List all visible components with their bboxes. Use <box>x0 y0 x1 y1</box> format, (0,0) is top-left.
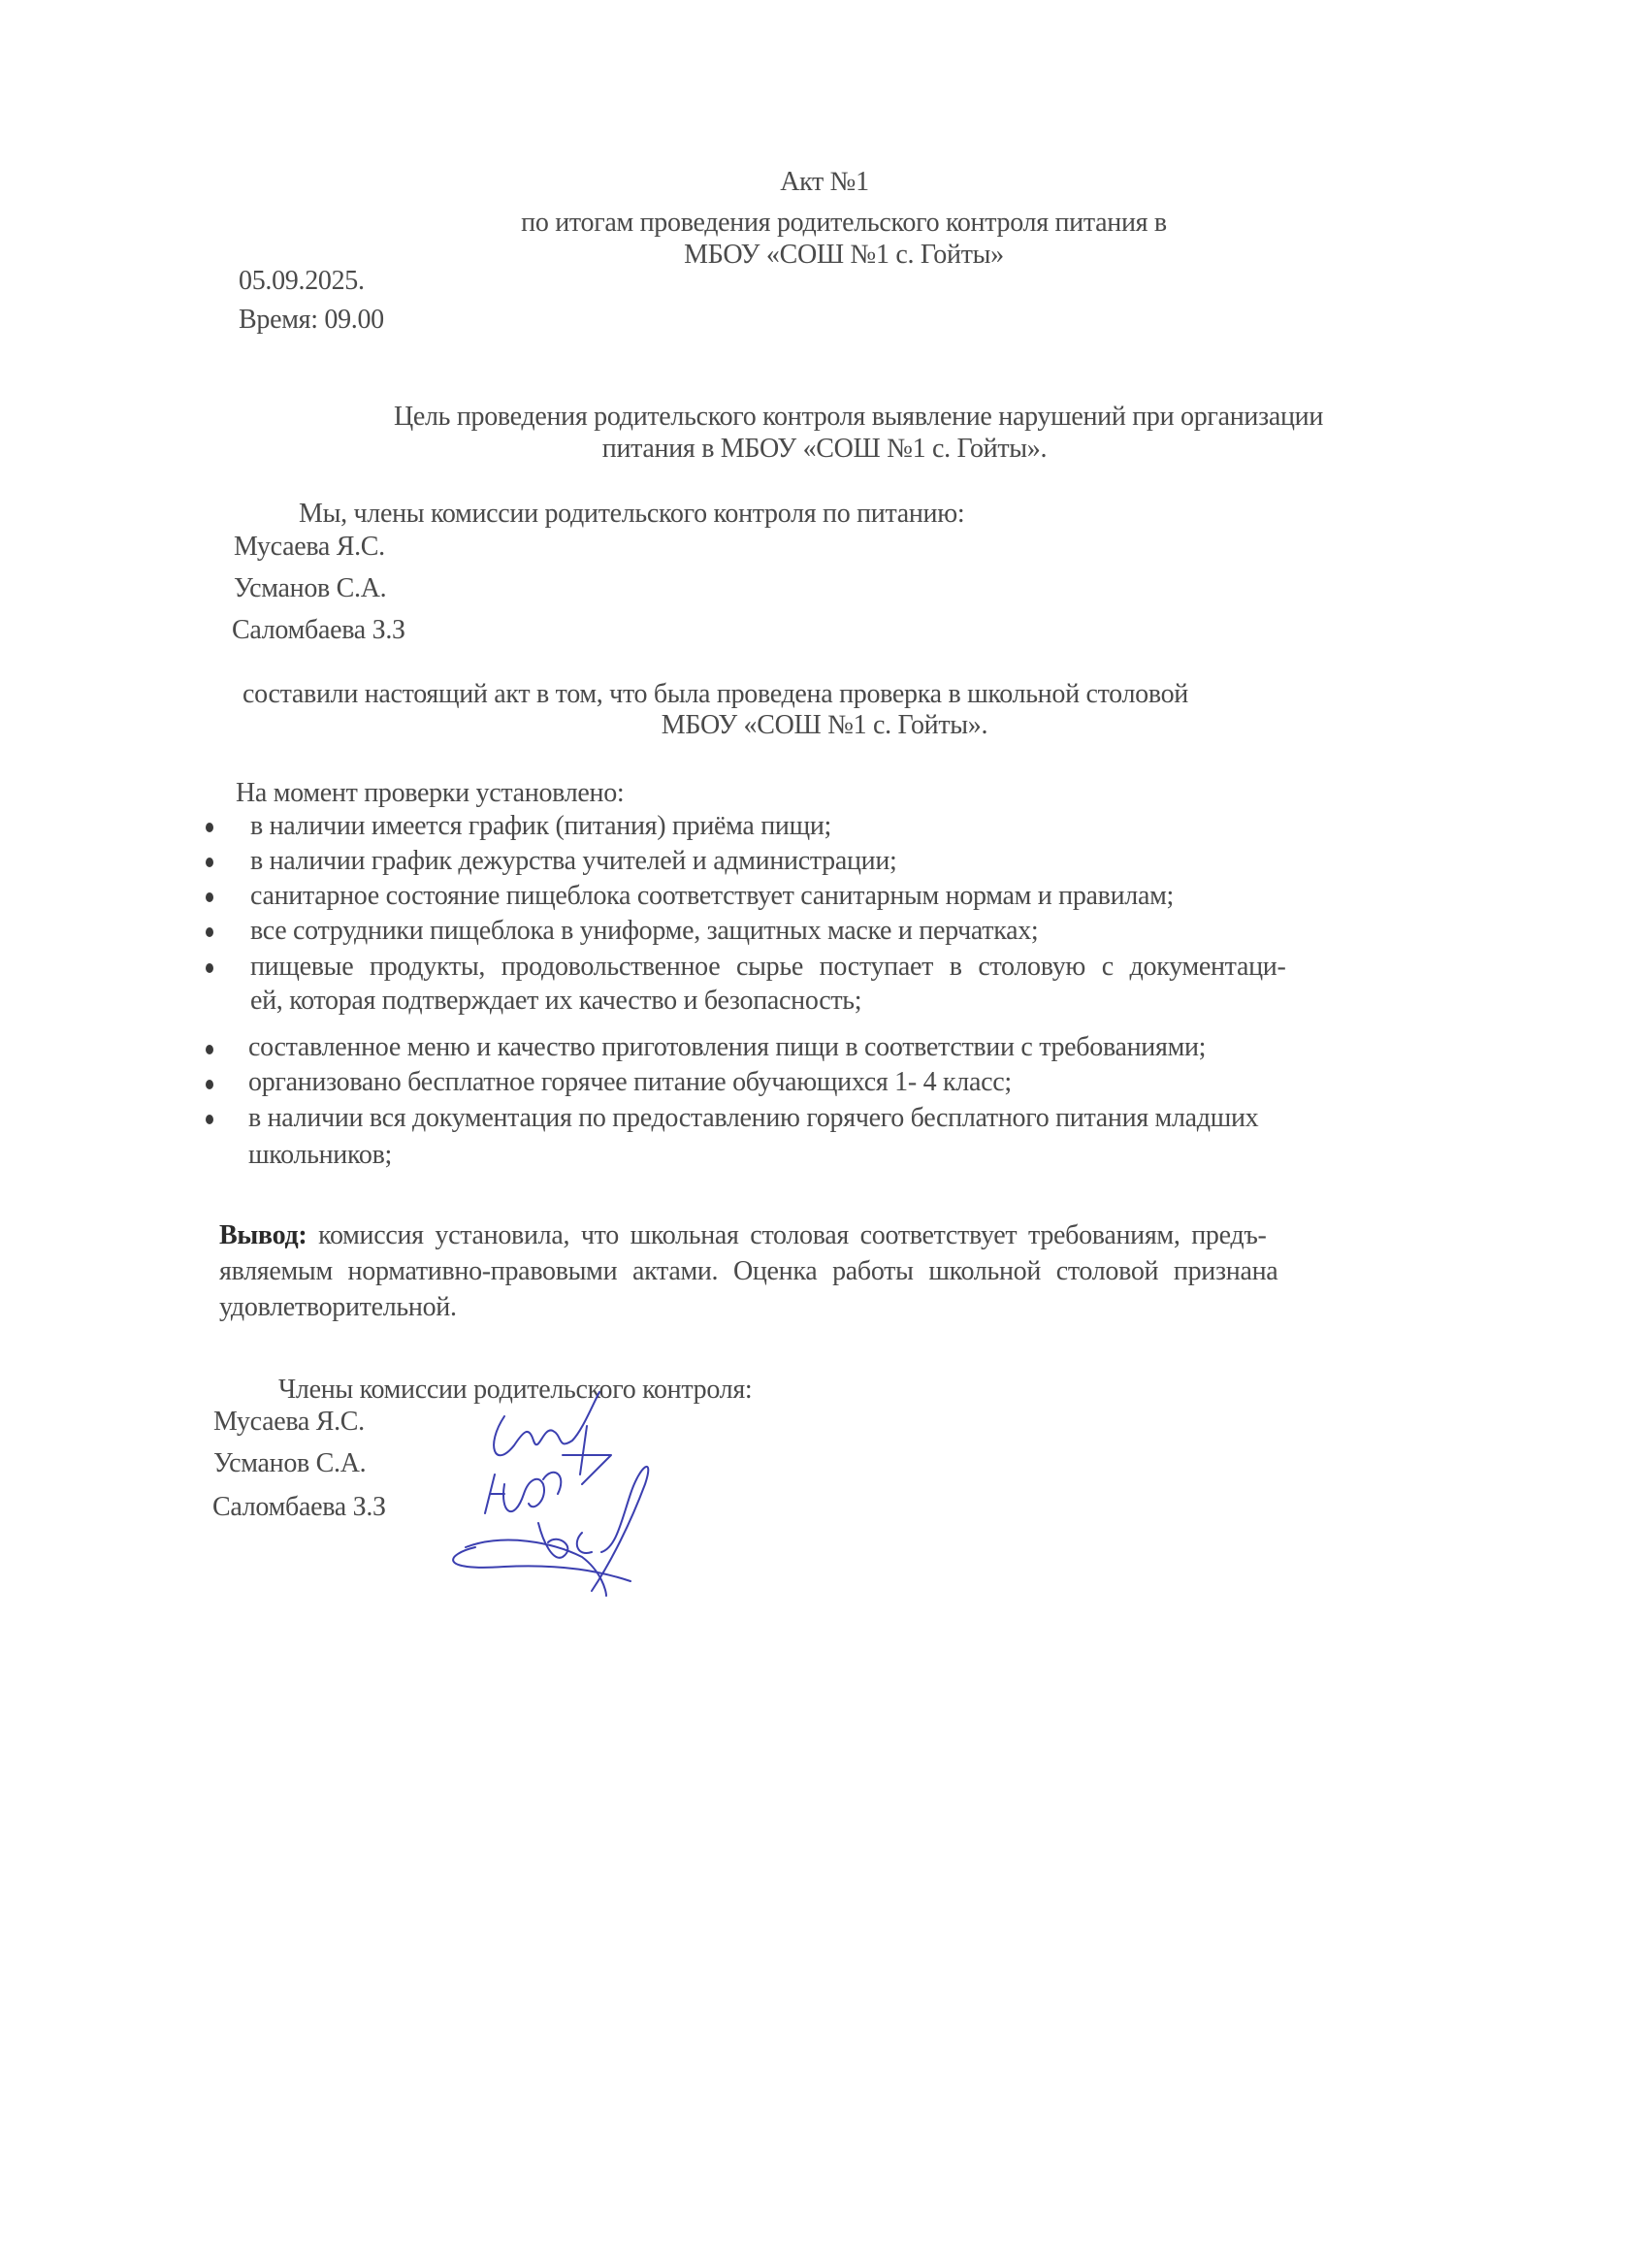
act-title: Акт №1 <box>0 167 1649 198</box>
finding-item-line2: ей, которая подтверждает их качество и б… <box>250 986 861 1017</box>
signatory-name: Усманов С.А. <box>213 1448 366 1479</box>
intro-text: Мы, члены комиссии родительского контрол… <box>299 499 964 530</box>
conclusion-text: комиссия установила, что школьная столов… <box>318 1220 1266 1250</box>
finding-item: санитарное состояние пищеблока соответст… <box>250 881 1174 912</box>
purpose-line1: Цель проведения родительского контроля в… <box>34 402 1649 433</box>
finding-item: в наличии имеется график (питания) приём… <box>250 811 831 842</box>
conclusion-label: Вывод: <box>219 1220 307 1250</box>
bullet-icon <box>206 858 213 867</box>
finding-item-line2: школьников; <box>248 1140 392 1171</box>
statement-line2: МБОУ «СОШ №1 с. Гойты». <box>0 710 1649 741</box>
bullet-icon <box>206 1115 213 1124</box>
bullet-icon <box>206 1045 213 1054</box>
findings-heading: На момент проверки установлено: <box>236 778 624 809</box>
finding-item: организовано бесплатное горячее питание … <box>248 1067 1012 1098</box>
member-name: Усманов С.А. <box>234 573 386 604</box>
act-time: Время: 09.00 <box>239 305 384 336</box>
purpose-line2: питания в МБОУ «СОШ №1 с. Гойты». <box>0 434 1649 465</box>
finding-item-line1: в наличии вся документация по предоставл… <box>248 1103 1258 1134</box>
bullet-icon <box>206 892 213 902</box>
statement-line1: составили настоящий акт в том, что была … <box>242 679 1188 710</box>
finding-item: составленное меню и качество приготовлен… <box>248 1032 1206 1063</box>
member-name: Саломбаева З.З <box>232 615 405 646</box>
bullet-icon <box>206 1080 213 1089</box>
handwritten-signatures-icon <box>446 1387 698 1610</box>
act-subtitle-line1: по итогам проведения родительского контр… <box>19 208 1649 239</box>
finding-item: все сотрудники пищеблока в униформе, защ… <box>250 916 1038 947</box>
member-name: Мусаева Я.С. <box>234 532 385 563</box>
bullet-icon <box>206 823 213 832</box>
bullet-icon <box>206 927 213 937</box>
conclusion-line3: удовлетворительной. <box>219 1292 457 1323</box>
finding-item-line1: пищевые продукты, продовольственное сырь… <box>250 952 1285 983</box>
conclusion-line2: являемым нормативно-правовыми актами. Оц… <box>219 1256 1277 1287</box>
bullet-icon <box>206 963 213 973</box>
signatory-name: Мусаева Я.С. <box>213 1407 365 1438</box>
act-date: 05.09.2025. <box>239 266 365 297</box>
conclusion-line1: Вывод: комиссия установила, что школьная… <box>219 1220 1267 1251</box>
signatory-name: Саломбаева З.З <box>212 1492 386 1523</box>
finding-item: в наличии график дежурства учителей и ад… <box>250 846 897 877</box>
